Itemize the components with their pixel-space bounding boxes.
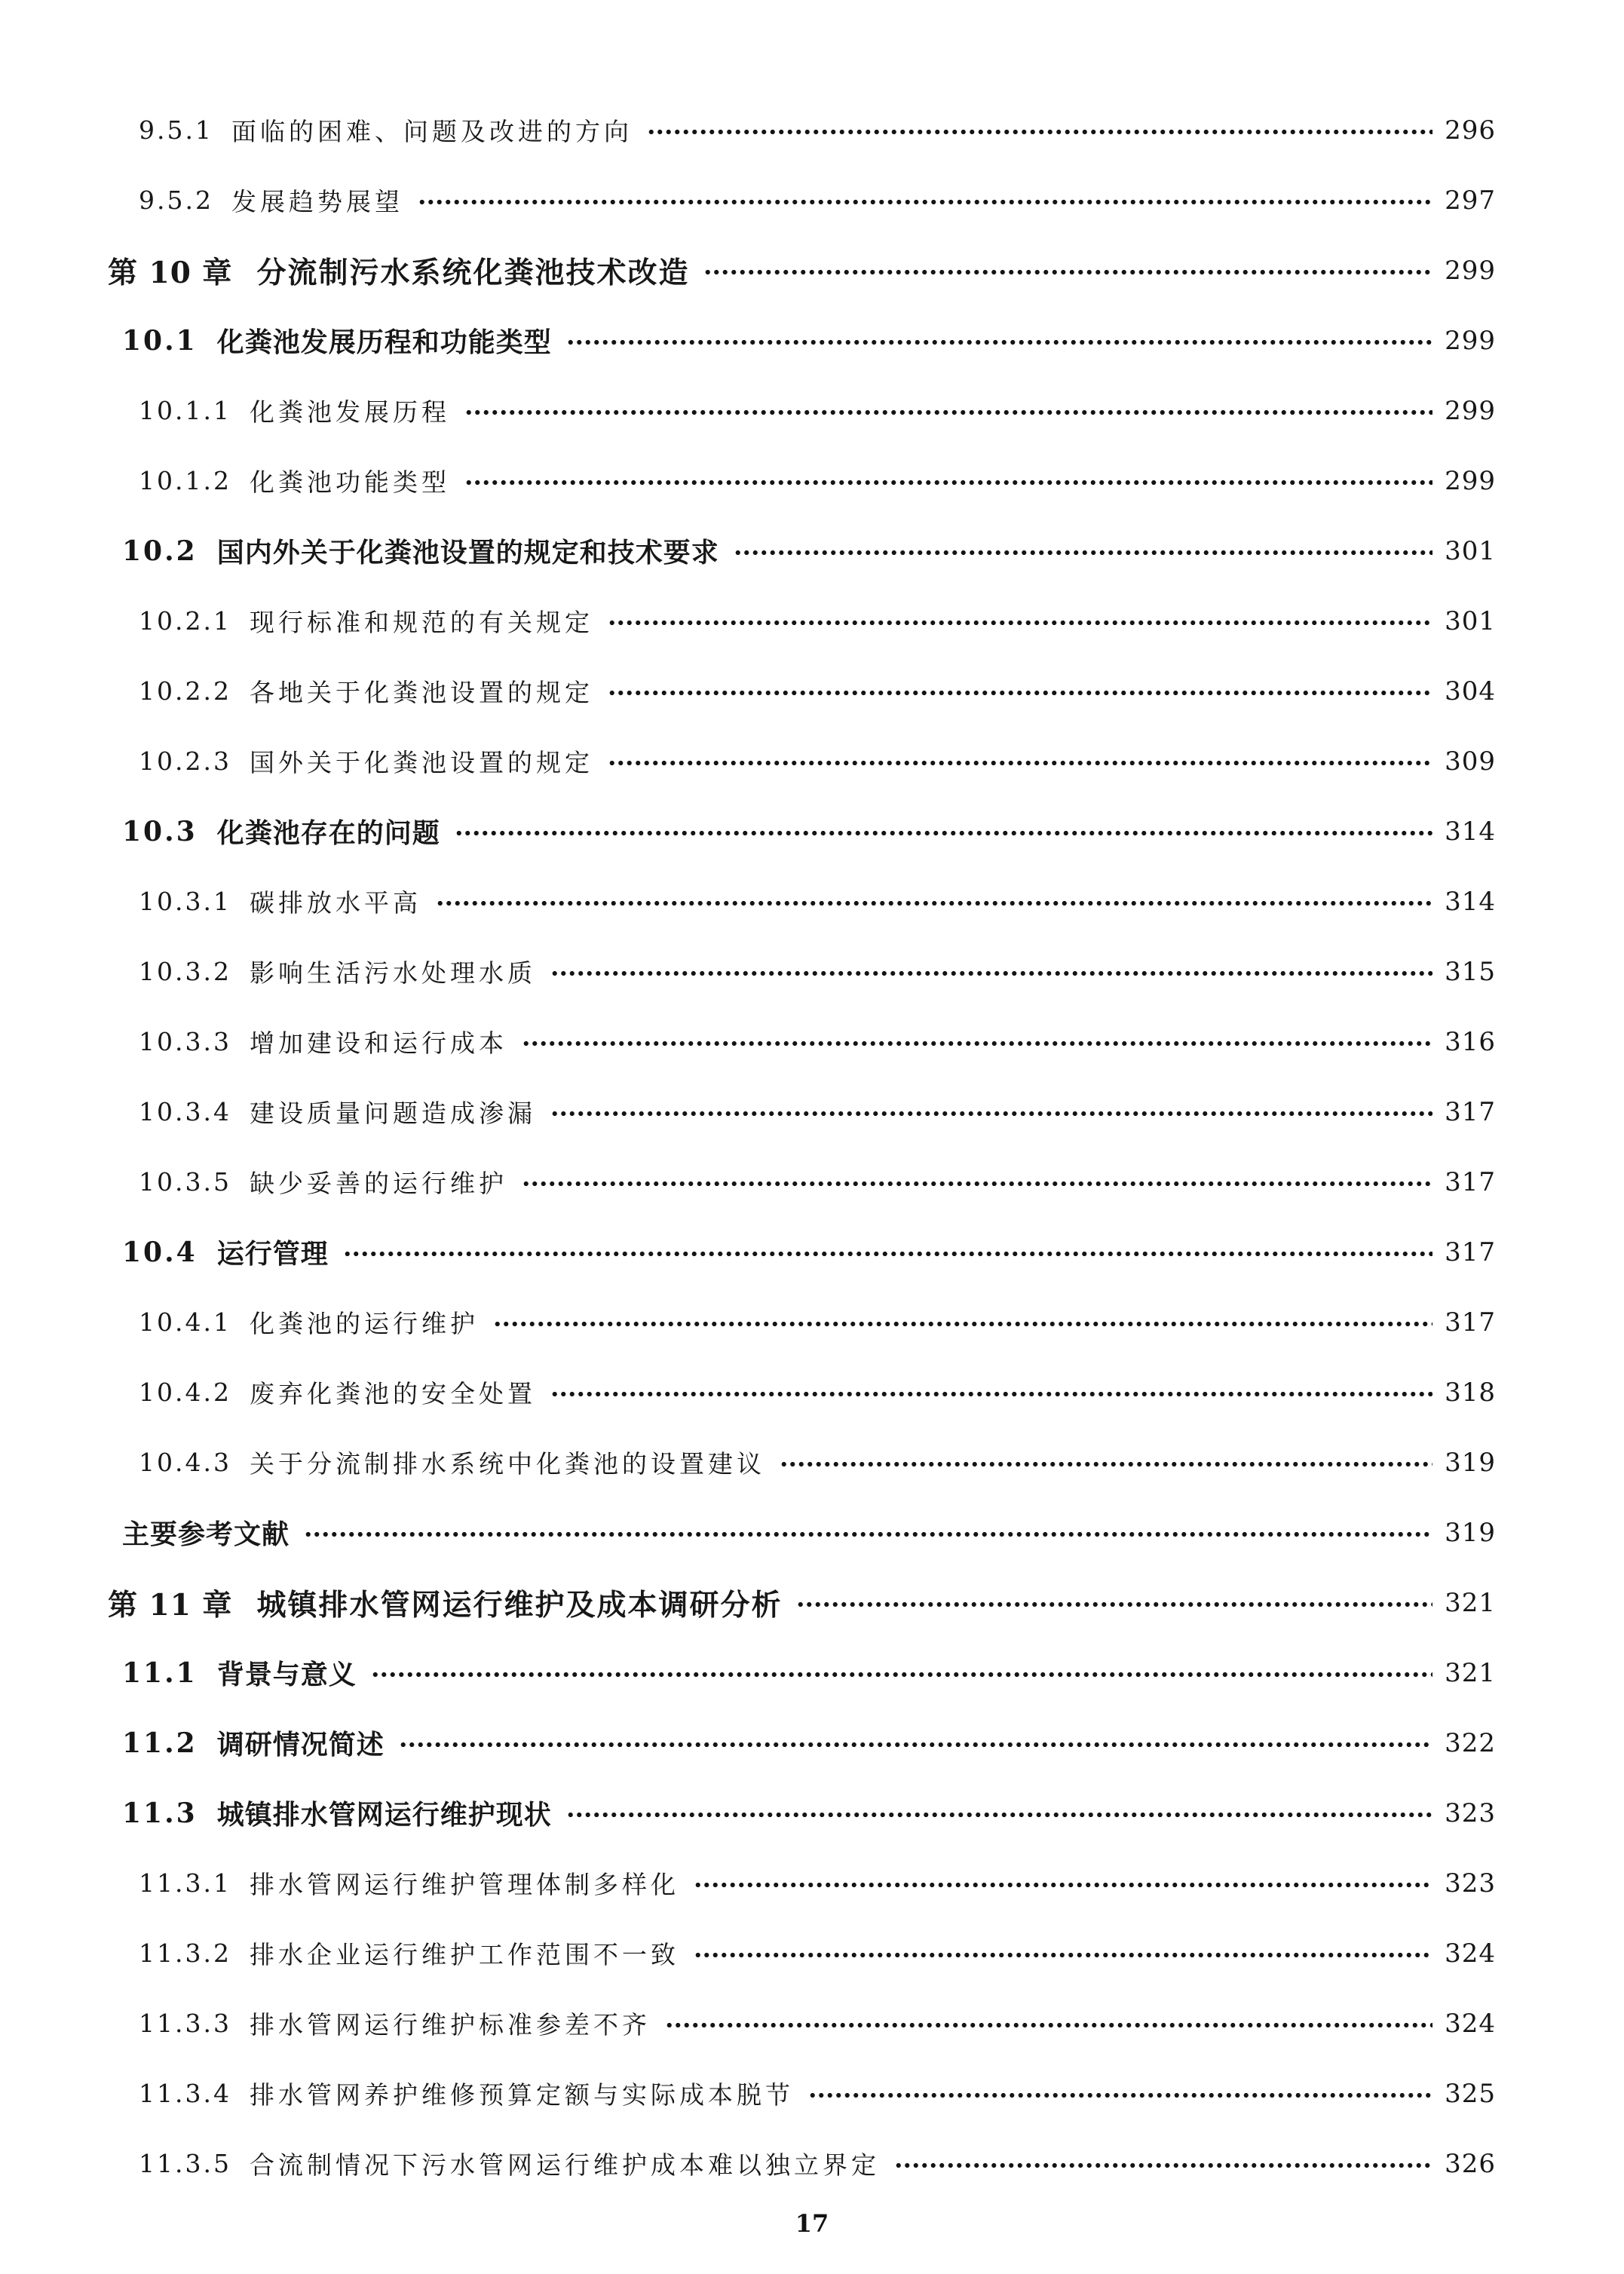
toc-entry-title: 主要参考文献 [122, 1513, 290, 1552]
toc-entry: 10.1.1化粪池发展历程299 [108, 375, 1496, 446]
toc-entry-number: 10.3.5 [139, 1167, 231, 1197]
toc-entry: 11.1背景与意义321 [108, 1638, 1496, 1708]
toc-entry-number: 10.3.1 [139, 887, 231, 916]
dot-leader [693, 1951, 1432, 1960]
toc-entry: 10.3.3增加建设和运行成本316 [108, 1007, 1496, 1077]
dot-leader [807, 2091, 1432, 2100]
toc-entry-page: 314 [1445, 817, 1496, 847]
toc-entry: 9.5.1面临的困难、问题及改进的方向296 [108, 95, 1496, 165]
toc-entry-page: 309 [1445, 746, 1496, 777]
dot-leader [370, 1670, 1432, 1679]
toc-entry-page: 321 [1445, 1588, 1496, 1618]
toc-entry-title: 排水企业运行维护工作范围不一致 [250, 1935, 679, 1971]
toc-entry-title: 化粪池发展历程和功能类型 [217, 321, 552, 360]
toc-entry: 11.3.3排水管网运行维护标准参差不齐324 [108, 1988, 1496, 2058]
toc-entry: 10.4.2废弃化粪池的安全处置318 [108, 1357, 1496, 1427]
toc-entry-number: 10.1 [122, 325, 198, 357]
toc-entry-number: 10.2.2 [139, 676, 231, 706]
dot-leader [733, 548, 1432, 557]
dot-leader [464, 408, 1432, 417]
toc-entry-page: 317 [1445, 1167, 1496, 1197]
toc-entry-title: 背景与意义 [217, 1653, 357, 1692]
toc-entry-title: 缺少妥善的运行维护 [250, 1164, 507, 1200]
toc-entry: 11.2调研情况简述322 [108, 1708, 1496, 1778]
dot-leader [303, 1530, 1432, 1539]
dot-leader [550, 969, 1432, 978]
toc-entry: 10.1化粪池发展历程和功能类型299 [108, 305, 1496, 375]
toc-entry: 10.1.2化粪池功能类型299 [108, 446, 1496, 516]
dot-leader [454, 829, 1432, 838]
toc-entry-number: 11.3 [122, 1797, 198, 1829]
toc-entry-title: 运行管理 [217, 1233, 329, 1271]
toc-entry-title: 现行标准和规范的有关规定 [250, 603, 593, 639]
toc-entry-page: 297 [1445, 185, 1496, 216]
footer-page-number: 17 [0, 2209, 1624, 2238]
toc-entry-number: 10.4.2 [139, 1378, 231, 1407]
toc-entry-page: 324 [1445, 2009, 1496, 2039]
toc-entry-title: 各地关于化粪池设置的规定 [250, 673, 593, 709]
dot-leader [607, 759, 1432, 768]
toc-entry-page: 324 [1445, 1938, 1496, 1969]
toc-entry-page: 317 [1445, 1237, 1496, 1267]
toc-entry: 10.4.3关于分流制排水系统中化粪池的设置建议319 [108, 1427, 1496, 1497]
dot-leader [565, 338, 1432, 347]
toc-entry-page: 304 [1445, 676, 1496, 706]
dot-leader [521, 1179, 1432, 1188]
dot-leader [550, 1109, 1432, 1118]
toc-entry-number: 10.2.3 [139, 746, 231, 776]
dot-leader [398, 1740, 1432, 1749]
toc-entry-number: 9.5.1 [139, 115, 213, 145]
toc-entry: 10.2国内外关于化粪池设置的规定和技术要求301 [108, 516, 1496, 586]
toc-entry-title: 碳排放水平高 [250, 884, 421, 919]
toc-entry-title: 排水管网运行维护管理体制多样化 [250, 1865, 679, 1901]
toc-entry: 第 10 章分流制污水系统化粪池技术改造299 [108, 235, 1496, 305]
toc-entry-number: 11.3.2 [139, 1938, 231, 1968]
toc-entry-page: 301 [1445, 606, 1496, 636]
toc-entry-page: 323 [1445, 1798, 1496, 1828]
dot-leader [893, 2161, 1432, 2170]
dot-leader [607, 688, 1432, 697]
toc-entry-number: 10.2 [122, 535, 198, 567]
toc-entry-title: 排水管网运行维护标准参差不齐 [250, 2006, 651, 2041]
dot-leader [435, 899, 1432, 908]
toc-entry-title: 分流制污水系统化粪池技术改造 [256, 250, 689, 292]
toc-entry: 10.3.4建设质量问题造成渗漏317 [108, 1077, 1496, 1147]
toc-entry-page: 318 [1445, 1378, 1496, 1408]
toc-entry-number: 11.1 [122, 1657, 198, 1689]
toc-entry-page: 299 [1445, 466, 1496, 496]
dot-leader [703, 268, 1432, 277]
dot-leader [550, 1390, 1432, 1399]
toc-entry-page: 321 [1445, 1658, 1496, 1688]
dot-leader [565, 1810, 1432, 1819]
toc-entry-number: 10.4.1 [139, 1307, 231, 1337]
toc-entry: 10.2.1现行标准和规范的有关规定301 [108, 586, 1496, 656]
toc-entry-number: 10.1.2 [139, 466, 231, 495]
toc-entry-page: 319 [1445, 1518, 1496, 1548]
toc-entry-page: 317 [1445, 1307, 1496, 1338]
toc-entry-number: 10.3.2 [139, 957, 231, 986]
toc-entry-title: 建设质量问题造成渗漏 [250, 1094, 536, 1129]
toc-entry: 10.3化粪池存在的问题314 [108, 796, 1496, 866]
toc-entry-page: 296 [1445, 115, 1496, 146]
toc-entry-page: 301 [1445, 536, 1496, 566]
table-of-contents: 9.5.1面临的困难、问题及改进的方向2969.5.2发展趋势展望297第 10… [108, 95, 1496, 2199]
toc-entry-page: 325 [1445, 2079, 1496, 2109]
toc-entry-title: 化粪池的运行维护 [250, 1304, 479, 1340]
toc-entry: 11.3.1排水管网运行维护管理体制多样化323 [108, 1848, 1496, 1918]
toc-entry-page: 323 [1445, 1868, 1496, 1899]
dot-leader [342, 1249, 1432, 1258]
toc-entry-title: 国外关于化粪池设置的规定 [250, 743, 593, 779]
toc-entry-title: 排水管网养护维修预算定额与实际成本脱节 [250, 2076, 794, 2111]
toc-entry-title: 增加建设和运行成本 [250, 1024, 507, 1059]
toc-entry-page: 322 [1445, 1728, 1496, 1758]
toc-entry-page: 315 [1445, 957, 1496, 987]
toc-entry: 11.3.4排水管网养护维修预算定额与实际成本脱节325 [108, 2058, 1496, 2128]
toc-entry-page: 299 [1445, 396, 1496, 426]
toc-entry-page: 316 [1445, 1027, 1496, 1057]
toc-entry-title: 城镇排水管网运行维护及成本调研分析 [256, 1582, 782, 1624]
dot-leader [693, 1880, 1432, 1889]
toc-entry-page: 319 [1445, 1448, 1496, 1478]
toc-entry-page: 326 [1445, 2149, 1496, 2179]
toc-entry-page: 299 [1445, 326, 1496, 356]
toc-entry-title: 化粪池功能类型 [250, 463, 450, 498]
toc-entry-title: 发展趋势展望 [231, 182, 403, 218]
toc-entry: 9.5.2发展趋势展望297 [108, 165, 1496, 235]
dot-leader [607, 618, 1432, 627]
toc-entry-title: 化粪池存在的问题 [217, 812, 440, 850]
toc-entry-title: 城镇排水管网运行维护现状 [217, 1794, 552, 1832]
toc-entry: 第 11 章城镇排水管网运行维护及成本调研分析321 [108, 1568, 1496, 1638]
toc-entry: 10.2.2各地关于化粪池设置的规定304 [108, 656, 1496, 726]
dot-leader [492, 1319, 1432, 1329]
dot-leader [795, 1600, 1432, 1609]
toc-entry-title: 关于分流制排水系统中化粪池的设置建议 [250, 1445, 765, 1480]
toc-page: 9.5.1面临的困难、问题及改进的方向2969.5.2发展趋势展望297第 10… [0, 0, 1624, 2274]
toc-entry-number: 11.3.5 [139, 2149, 231, 2178]
toc-entry-number: 9.5.2 [139, 185, 213, 215]
toc-entry-title: 废弃化粪池的安全处置 [250, 1375, 536, 1410]
toc-entry-title: 影响生活污水处理水质 [250, 954, 536, 989]
toc-entry-title: 面临的困难、问题及改进的方向 [231, 112, 633, 148]
toc-entry-page: 299 [1445, 256, 1496, 286]
dot-leader [664, 2021, 1432, 2030]
toc-entry: 10.3.5缺少妥善的运行维护317 [108, 1147, 1496, 1217]
toc-entry: 10.4.1化粪池的运行维护317 [108, 1287, 1496, 1357]
toc-entry-number: 10.4.3 [139, 1448, 231, 1477]
toc-entry-number: 11.3.3 [139, 2009, 231, 2038]
toc-entry: 10.4运行管理317 [108, 1217, 1496, 1287]
toc-entry-number: 10.2.1 [139, 606, 231, 636]
dot-leader [646, 127, 1432, 136]
toc-entry-title: 合流制情况下污水管网运行维护成本难以独立界定 [250, 2146, 880, 2181]
dot-leader [521, 1039, 1432, 1048]
dot-leader [464, 478, 1432, 487]
toc-entry-number: 第 10 章 [108, 250, 232, 292]
toc-entry-title: 调研情况简述 [217, 1724, 385, 1762]
toc-entry-number: 10.3 [122, 816, 198, 847]
toc-entry: 11.3.5合流制情况下污水管网运行维护成本难以独立界定326 [108, 2128, 1496, 2199]
toc-entry: 10.2.3国外关于化粪池设置的规定309 [108, 726, 1496, 796]
toc-entry-title: 国内外关于化粪池设置的规定和技术要求 [217, 532, 719, 570]
toc-entry-number: 10.4 [122, 1237, 198, 1268]
toc-entry: 10.3.2影响生活污水处理水质315 [108, 936, 1496, 1007]
toc-entry-number: 11.3.1 [139, 1868, 231, 1898]
toc-entry: 10.3.1碳排放水平高314 [108, 866, 1496, 936]
toc-entry-number: 10.1.1 [139, 396, 231, 425]
toc-entry-page: 314 [1445, 887, 1496, 917]
toc-entry: 11.3城镇排水管网运行维护现状323 [108, 1778, 1496, 1848]
dot-leader [417, 198, 1432, 207]
toc-entry-number: 10.3.4 [139, 1097, 231, 1126]
toc-entry-number: 10.3.3 [139, 1027, 231, 1056]
toc-entry-number: 11.2 [122, 1727, 198, 1759]
toc-entry-page: 317 [1445, 1097, 1496, 1127]
toc-entry-number: 11.3.4 [139, 2079, 231, 2108]
toc-entry: 11.3.2排水企业运行维护工作范围不一致324 [108, 1918, 1496, 1988]
toc-entry: 主要参考文献319 [108, 1497, 1496, 1568]
toc-entry-title: 化粪池发展历程 [250, 393, 450, 428]
toc-entry-number: 第 11 章 [108, 1582, 232, 1624]
dot-leader [779, 1460, 1432, 1469]
